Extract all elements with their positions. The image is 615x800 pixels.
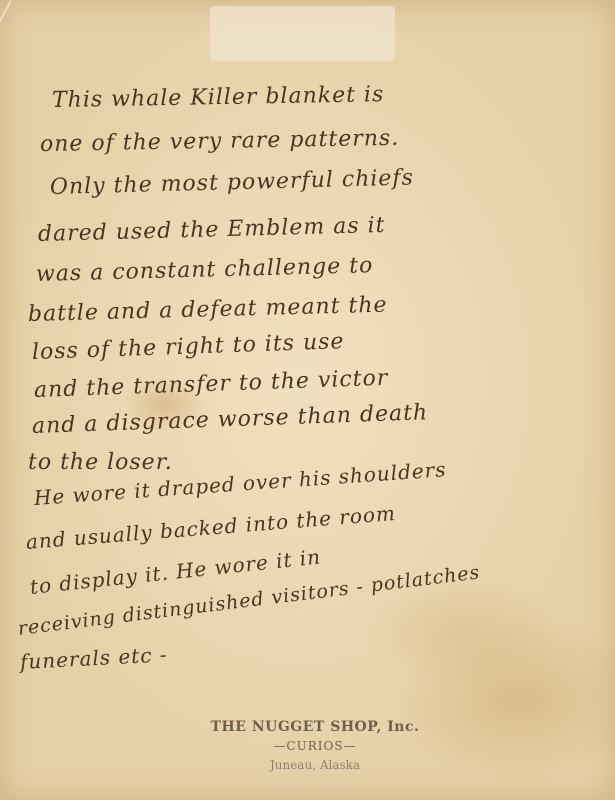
stamp-shop-name: THE NUGGET SHOP, Inc.	[200, 718, 430, 737]
note-line: one of the very rare patterns.	[40, 126, 400, 157]
note-line: dared used the Emblem as it	[38, 213, 386, 247]
note-line: Only the most powerful chiefs	[50, 165, 414, 200]
note-line: funerals etc -	[19, 642, 168, 674]
note-line: to the loser.	[28, 450, 173, 475]
note-line: This whale Killer blanket is	[52, 82, 385, 113]
stamp-city: Juneau, Alaska	[200, 756, 430, 775]
note-line: and a disgrace worse than death	[32, 400, 429, 439]
shop-stamp: THE NUGGET SHOP, Inc. —CURIOS— Juneau, A…	[200, 718, 430, 775]
document-page: This whale Killer blanket is one of the …	[0, 0, 615, 800]
stamp-curios: —CURIOS—	[200, 737, 430, 756]
handwritten-note: This whale Killer blanket is one of the …	[0, 0, 615, 700]
note-line: and usually backed into the room	[25, 501, 397, 554]
note-line: was a constant challenge to	[36, 253, 374, 287]
note-line: loss of the right to its use	[32, 329, 345, 365]
note-line: battle and a defeat meant the	[28, 293, 388, 327]
note-line: and the transfer to the victor	[34, 366, 389, 403]
